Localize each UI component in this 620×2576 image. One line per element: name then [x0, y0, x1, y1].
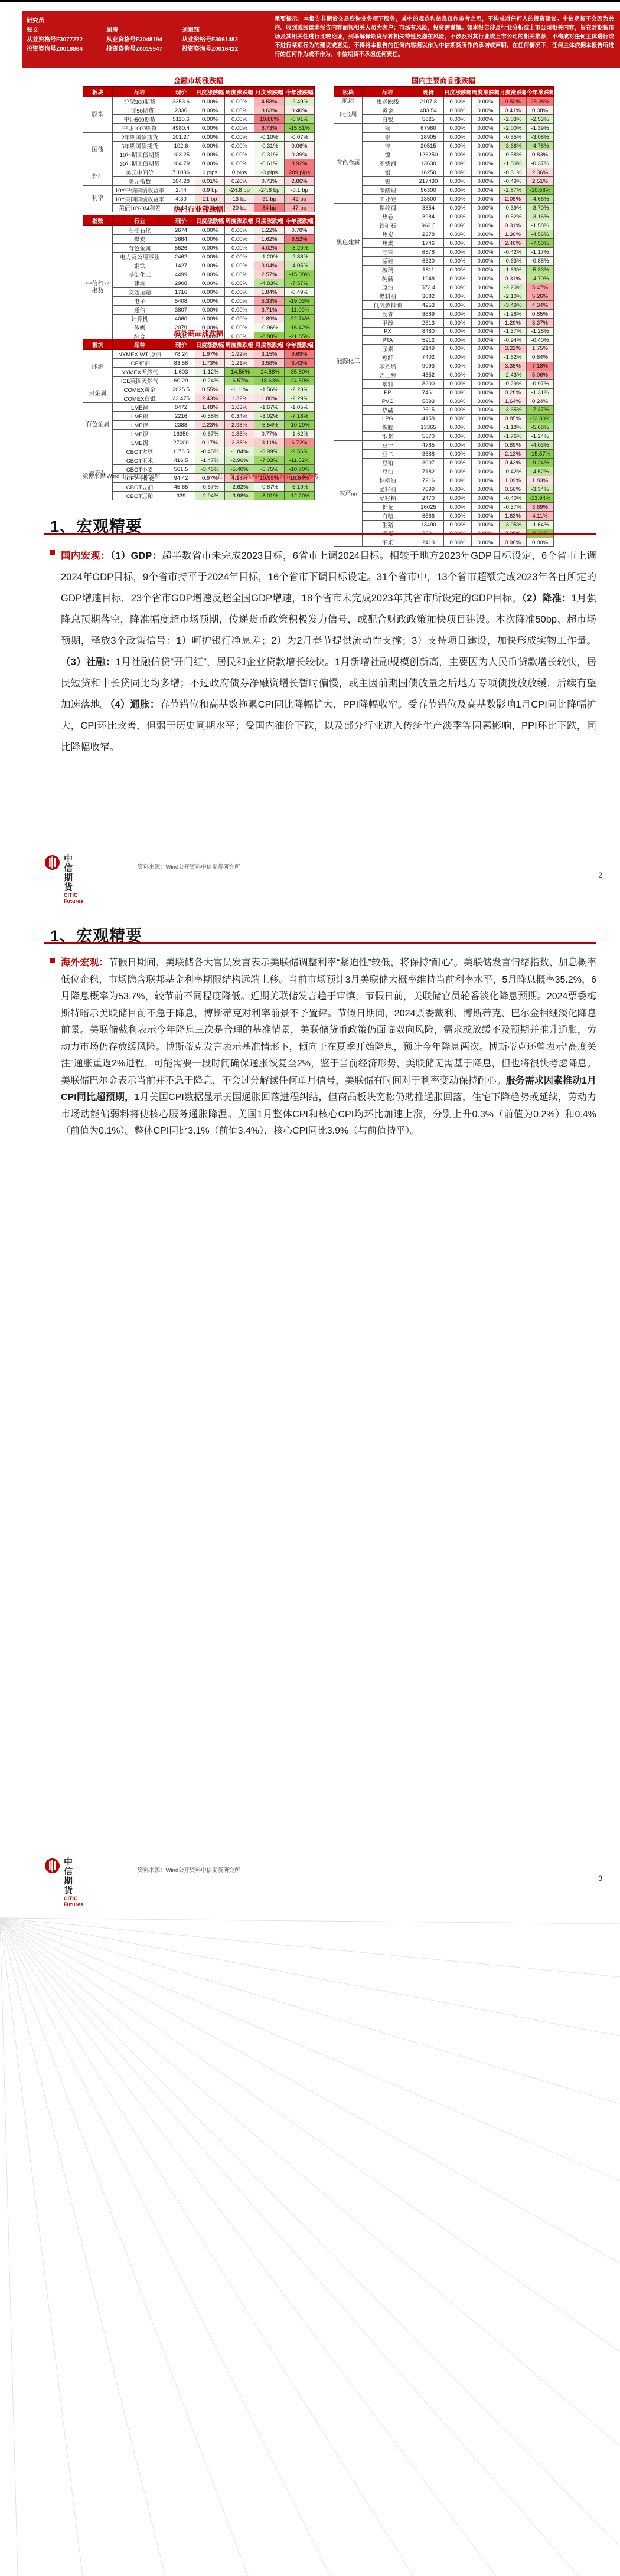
column-header: 月度涨跌幅	[254, 339, 285, 350]
change-value: 3.22%	[500, 344, 527, 353]
change-value: 0.00%	[472, 459, 500, 467]
instrument-name: 集运欧线	[363, 97, 413, 106]
change-value: -5.33%	[527, 266, 554, 274]
change-value: 0.00%	[472, 248, 500, 257]
change-value: 0.00%	[444, 230, 472, 239]
change-value: 7.18%	[527, 362, 554, 371]
change-value: 0.00%	[444, 221, 472, 230]
column-header: 指数	[83, 215, 113, 226]
price-value: 2336	[167, 106, 195, 115]
column-header: 现价	[167, 87, 195, 97]
change-value: -1.18%	[500, 423, 527, 432]
data-table: 板块品种现价日度涨跌幅周度涨跌幅月度涨跌幅今年涨跌幅股指沪深300期货3353.…	[83, 86, 315, 212]
price-value: 45.65	[167, 483, 195, 492]
change-value: 1.63%	[500, 512, 527, 521]
change-value: 0.00%	[444, 405, 472, 414]
change-value: 0.00%	[195, 315, 225, 323]
footer-source-note: 资料来源：Wind公开资料中信期货研究所	[138, 1865, 240, 1874]
overseas-macro-paragraph: 海外宏观：节假日期间，美联储各大官员发言表示美联储调整利率“紧迫性”较低，将保持…	[61, 955, 596, 1140]
instrument-name: 棉花	[363, 503, 413, 512]
column-header: 板块	[334, 87, 363, 97]
change-value: 0.00%	[225, 315, 254, 323]
researcher-qualification: 从业资格号F3048194	[106, 35, 162, 45]
change-value: -1.39%	[527, 124, 554, 133]
price-value: 8200	[413, 379, 444, 388]
price-value: 339	[167, 492, 195, 500]
change-value: -11.09%	[285, 306, 315, 315]
change-value: -19.03%	[285, 297, 315, 306]
change-value: 0.00%	[444, 168, 472, 177]
price-value: 83.58	[167, 359, 195, 368]
change-value: 0.00%	[472, 371, 500, 379]
change-value: 0.00%	[195, 270, 225, 279]
price-value: 13490	[413, 521, 444, 529]
change-value: -24.88%	[254, 368, 285, 377]
table-row: 上证50期货23360.00%0.00%3.63%0.40%	[83, 106, 315, 115]
change-value: -0.87%	[254, 483, 285, 492]
change-value: -3.65%	[500, 405, 527, 414]
change-value: 1.32%	[225, 394, 254, 403]
change-value: 0.00%	[225, 235, 254, 244]
instrument-name: 菜籽油	[363, 485, 413, 494]
instrument-name: 甲醇	[363, 319, 413, 328]
price-value: 2908	[167, 279, 195, 288]
table-row: 沥青36890.00%0.00%-1.28%0.85%	[334, 310, 554, 319]
change-value: 0.00%	[444, 310, 472, 319]
price-value: 483.54	[413, 106, 444, 115]
change-value: 0.00%	[444, 459, 472, 467]
change-value: 0.00%	[472, 177, 500, 186]
change-value: -0.49%	[500, 177, 527, 186]
change-value: 0.00%	[225, 133, 254, 142]
change-value: 0.00%	[195, 124, 225, 133]
change-value: -0.29%	[500, 379, 527, 388]
table-row: 中证500期货5110.60.00%0.00%10.88%-5.91%	[83, 115, 315, 124]
change-value: 0.00%	[472, 319, 500, 328]
change-value: 1.73%	[195, 359, 225, 368]
price-value: 7699	[413, 485, 444, 494]
change-value: 0.00%	[444, 106, 472, 115]
table-row: 通信38070.00%0.00%3.71%-11.09%	[83, 306, 315, 315]
change-value: 0.00%	[472, 485, 500, 494]
table-row: 锌205150.00%0.00%-3.66%-4.78%	[334, 142, 554, 150]
change-value: 8.92%	[285, 159, 315, 168]
price-value: 16350	[167, 430, 195, 438]
change-value: 0.00%	[444, 328, 472, 336]
change-value: -3.16%	[527, 212, 554, 221]
instrument-name: 菜籽粕	[363, 494, 413, 503]
change-value: 1.63%	[225, 403, 254, 412]
financial-markets-table: 金融市场涨跌幅 板块品种现价日度涨跌幅周度涨跌幅月度涨跌幅今年涨跌幅股指沪深30…	[83, 77, 314, 212]
table-row: 基础化工44990.00%0.00%2.57%-15.08%	[83, 270, 315, 279]
column-header: 日度涨跌幅	[195, 339, 225, 350]
change-value: -1.28%	[527, 328, 554, 336]
price-value: 6578	[413, 248, 444, 257]
change-value: -1.64%	[527, 521, 554, 529]
instrument-name: 苯乙烯	[363, 362, 413, 371]
price-value: 1746	[413, 239, 444, 248]
brand-name-cn: 中信期货	[64, 855, 83, 892]
change-value: -7.50%	[527, 239, 554, 248]
change-value: -3.99%	[254, 447, 285, 456]
table-title: 海外商品涨跌幅	[83, 329, 314, 338]
price-value: 2216	[167, 412, 195, 421]
change-value: 0.00%	[444, 397, 472, 405]
change-value: 5.06%	[527, 371, 554, 379]
price-value: 1173.5	[167, 447, 195, 456]
table-row: PVC58930.00%0.00%1.64%0.24%	[334, 397, 554, 405]
change-value: 0.85%	[527, 310, 554, 319]
table-row: 锰硅63200.00%0.00%-0.63%-0.88%	[334, 257, 554, 266]
change-value: 0.85%	[500, 414, 527, 423]
brand-lockup: 中信期货 CITIC Futures	[64, 855, 83, 904]
instrument-name: PP	[363, 388, 413, 397]
column-header: 板块	[83, 339, 113, 350]
change-value: 1.64%	[500, 397, 527, 405]
instrument-name: LME锌	[113, 421, 167, 430]
change-value: 0.00%	[195, 279, 225, 288]
overseas-lag-note: 注：海外涨跌幅可能存在滞后，仅供参考	[218, 472, 319, 480]
table-row: 铅162500.00%0.00%-0.31%2.36%	[334, 168, 554, 177]
table-row: 乙二醇46520.00%0.00%-2.43%5.06%	[334, 371, 554, 379]
instrument-name: 锡	[363, 177, 413, 186]
change-value: 1.29%	[500, 319, 527, 328]
change-value: 0.00%	[444, 485, 472, 494]
change-value: -14.56%	[225, 368, 254, 377]
price-value: 2513	[413, 319, 444, 328]
change-value: 0.31%	[500, 221, 527, 230]
change-value: 1.36%	[500, 230, 527, 239]
change-value: 0.00%	[444, 441, 472, 450]
change-value: 0.00%	[225, 279, 254, 288]
change-value: -1.37%	[500, 328, 527, 336]
price-value: 2378	[413, 230, 444, 239]
important-notice-text: 重要提示：本报告非期货交易咨询业务项下服务，其中的观点和信息仅作参考之用，不构成…	[275, 15, 614, 59]
section-divider	[44, 942, 596, 944]
change-value: 3.37%	[527, 319, 554, 328]
change-value: -4.05%	[285, 261, 315, 270]
column-header: 月度涨跌幅	[500, 87, 527, 97]
price-value: 104.28	[167, 177, 195, 186]
column-header: 今年涨跌幅	[285, 87, 315, 97]
change-value: -2.29%	[285, 394, 315, 403]
change-value: 0.00%	[444, 292, 472, 301]
table-row: 铁矿石963.50.00%0.00%0.31%-1.58%	[334, 221, 554, 230]
change-value: -4.52%	[527, 467, 554, 476]
change-value: 3.71%	[254, 306, 285, 315]
column-header: 品种	[113, 339, 167, 350]
column-header: 月度涨跌幅	[254, 215, 285, 226]
change-value: 5.26%	[527, 292, 554, 301]
change-value: -7.03%	[254, 456, 285, 465]
change-value: 0.00%	[225, 297, 254, 306]
change-value: -15.08%	[285, 270, 315, 279]
instrument-name: LME铜	[113, 403, 167, 412]
section-divider	[44, 533, 596, 535]
instrument-name: 电力及公用事业	[113, 253, 167, 261]
change-value: 0.00%	[444, 450, 472, 459]
price-value: 3807	[167, 306, 195, 315]
paragraph-run: （4）通胀：	[110, 699, 159, 710]
change-value: -0.1 bp	[285, 186, 315, 195]
change-value: 42 bp	[285, 195, 315, 204]
change-value: 0.00%	[472, 521, 500, 529]
change-value: 0.00%	[444, 432, 472, 441]
change-value: -4.78%	[527, 142, 554, 150]
price-value: 4499	[167, 270, 195, 279]
instrument-name: LME锡	[113, 438, 167, 447]
change-value: -1.47%	[195, 456, 225, 465]
change-value: 0.00%	[472, 467, 500, 476]
change-value: -15.57%	[527, 450, 554, 459]
change-value: -0.67%	[195, 483, 225, 492]
instrument-name: 交通运输	[113, 288, 167, 297]
change-value: 0.00%	[444, 353, 472, 362]
column-header: 行业	[113, 215, 167, 226]
instrument-name: LME镍	[113, 430, 167, 438]
instrument-name: 焦煤	[363, 239, 413, 248]
change-value: -2.53%	[527, 115, 554, 124]
change-value: 0.00%	[472, 133, 500, 142]
change-value: 2.36%	[527, 168, 554, 177]
instrument-name: PTA	[363, 336, 413, 344]
brand-name-cn: 中信期货	[64, 1858, 83, 1896]
change-value: 2.98%	[225, 421, 254, 430]
change-value: -1.67%	[254, 403, 285, 412]
instrument-name: COMEX黄金	[113, 385, 167, 394]
change-value: -2.20%	[500, 283, 527, 292]
change-value: 0.00%	[195, 106, 225, 115]
price-value: 4060	[167, 315, 195, 323]
change-value: 8.43%	[285, 359, 315, 368]
change-value: -8.01%	[254, 492, 285, 500]
table-title: 金融市场涨跌幅	[83, 77, 314, 85]
instrument-name: 2年期国债期货	[113, 133, 167, 142]
change-value: 0.9 bp	[195, 186, 225, 195]
table-title: 国内主要商品涨跌幅	[334, 77, 553, 85]
change-value: 0.00%	[472, 283, 500, 292]
column-header: 周度涨跌幅	[225, 339, 254, 350]
table-row: 钢铁14270.00%0.00%3.04%-4.05%	[83, 261, 315, 270]
change-value: 4.58%	[254, 97, 285, 106]
instrument-name: 锌	[363, 142, 413, 150]
change-value: 0.00%	[444, 239, 472, 248]
change-value: 0.77%	[254, 430, 285, 438]
table-row: 生猪134900.00%0.00%-3.05%-1.64%	[334, 521, 554, 529]
change-value: -1.12%	[195, 368, 225, 377]
price-value: 2107.8	[413, 97, 444, 106]
change-value: 0.00%	[444, 494, 472, 503]
change-value: 0.00%	[472, 494, 500, 503]
change-value: 0.00%	[472, 195, 500, 204]
table-row: 农产品CBOT大豆1173.5-0.45%-1.84%-3.99%-9.56%	[83, 447, 315, 456]
price-value: 1716	[167, 288, 195, 297]
change-value: 0.00%	[444, 159, 472, 168]
paragraph-run: （2）降准：	[522, 593, 572, 604]
change-value: 0.20%	[225, 177, 254, 186]
change-value: -0.37%	[527, 159, 554, 168]
instrument-name: 上证50期货	[113, 106, 167, 115]
change-value: -1.58%	[527, 221, 554, 230]
change-value: 0.00%	[444, 503, 472, 512]
change-value: 0.00%	[225, 270, 254, 279]
change-value: -13.94%	[527, 494, 554, 503]
change-value: -4.56%	[527, 230, 554, 239]
change-value: -0.31%	[254, 142, 285, 150]
change-value: 1.84%	[254, 288, 285, 297]
change-value: 2.57%	[254, 270, 285, 279]
change-value: 0.40%	[285, 106, 315, 115]
column-header: 月度涨跌幅	[254, 87, 285, 97]
table-row: 焦煤17460.00%0.00%2.46%-7.50%	[334, 239, 554, 248]
price-value: 27000	[167, 438, 195, 447]
instrument-name: NYMEX WTI原油	[113, 350, 167, 359]
price-value: 60.29	[167, 377, 195, 385]
change-value: 0.00%	[472, 106, 500, 115]
change-value: -9.24%	[527, 459, 554, 467]
change-value: 0.17%	[195, 438, 225, 447]
table-row: 交通运输17160.00%0.00%1.84%-0.49%	[83, 288, 315, 297]
paragraph-run: 海外宏观：	[61, 958, 109, 968]
change-value: -2.94%	[195, 492, 225, 500]
table-row: 短纤74020.00%0.00%-1.62%0.84%	[334, 353, 554, 362]
column-header: 品种	[113, 87, 167, 97]
change-value: -24.59%	[285, 377, 315, 385]
instrument-name: 纯碱	[363, 274, 413, 283]
paragraph-run: （3）社融：	[61, 657, 116, 667]
change-value: 0.00%	[195, 306, 225, 315]
change-value: 0.00%	[444, 124, 472, 133]
table-row: LME锡270000.17%2.38%3.11%6.72%	[83, 438, 315, 447]
change-value: 2.46%	[500, 239, 527, 248]
table-row: 锡2174300.00%0.00%-0.49%2.51%	[334, 177, 554, 186]
page-number: 3	[598, 1874, 602, 1883]
change-value: -3.08%	[527, 133, 554, 142]
change-value: 2.38%	[225, 438, 254, 447]
change-value: 0.00%	[225, 97, 254, 106]
column-header: 日度涨跌幅	[444, 87, 472, 97]
change-value: -12.20%	[285, 492, 315, 500]
table-row: LPG41580.00%0.00%0.85%-13.30%	[334, 414, 554, 423]
table-row: 煤炭36840.00%0.00%1.62%8.52%	[83, 235, 315, 244]
change-value: 5.33%	[254, 297, 285, 306]
table-row: 工业硅135000.00%0.00%2.08%-4.66%	[334, 195, 554, 204]
group-label: 能源化工	[334, 283, 363, 441]
change-value: 0.00%	[472, 266, 500, 274]
instrument-name: 镍	[363, 150, 413, 159]
group-label: 航运	[334, 97, 363, 106]
change-value: 13 bp	[225, 195, 254, 204]
instrument-name: CBOT豆油	[113, 483, 167, 492]
price-value: 103.25	[167, 150, 195, 159]
change-value: -0.39%	[500, 204, 527, 212]
group-label: 股指	[83, 97, 113, 133]
change-value: 1.85%	[225, 430, 254, 438]
change-value: -22.74%	[285, 315, 315, 323]
change-value: -0.24%	[195, 377, 225, 385]
price-value: 101.27	[167, 133, 195, 142]
change-value: 0.00%	[444, 283, 472, 292]
researcher-column: 研究员 张文 从业资格号F3077272 投资咨询号Z0018864	[27, 17, 83, 54]
table-row: 利率10Y中债国债收益率2.440.9 bp-24.8 bp-24.8 bp-0…	[83, 186, 315, 195]
column-header: 今年涨跌幅	[285, 339, 315, 350]
change-value: 3.11%	[254, 438, 285, 447]
table-row: 豆粕30070.00%0.00%0.43%-9.24%	[334, 459, 554, 467]
change-value: -24.8 bp	[254, 186, 285, 195]
table-row: 外汇美元中间价7.10360 pips0 pips-3 pips209 pips	[83, 168, 315, 177]
change-value: -2.49%	[285, 97, 315, 106]
table-row: LME镍16350-0.67%1.85%0.77%-1.62%	[83, 430, 315, 438]
change-value: -4.03%	[527, 441, 554, 450]
table-row: 纯碱19480.00%0.00%0.31%-4.70%	[334, 274, 554, 283]
group-label: 国债	[83, 133, 113, 168]
table-row: 白糖65660.00%0.00%1.63%4.11%	[334, 512, 554, 521]
change-value: 0.01%	[195, 177, 225, 186]
group-label: 贵金属	[83, 385, 113, 403]
change-value: 0.00%	[472, 503, 500, 512]
price-value: 5408	[167, 297, 195, 306]
table-row: 燃料油30820.00%0.00%-2.10%5.26%	[334, 292, 554, 301]
researcher-name: 张文	[27, 26, 83, 35]
change-value: -1.62%	[500, 353, 527, 362]
change-value: 2.13%	[500, 450, 527, 459]
price-value: 416.5	[167, 456, 195, 465]
table-row: 中证1000期货4980.40.00%0.00%6.73%-15.51%	[83, 124, 315, 133]
instrument-name: 5年期国债期货	[113, 142, 167, 150]
instrument-name: 豆二	[363, 450, 413, 459]
price-value: 18905	[413, 133, 444, 142]
price-value: 4785	[413, 441, 444, 450]
table-row: 白银58250.00%0.00%-2.03%-2.53%	[334, 115, 554, 124]
table-row: 美元指数104.280.01%0.20%0.73%2.86%	[83, 177, 315, 186]
instrument-name: CBOT玉米	[113, 456, 167, 465]
data-table: 板块品种现价日度涨跌幅周度涨跌幅月度涨跌幅今年涨跌幅航运集运欧线2107.80.…	[334, 86, 554, 547]
table-row: PX84800.00%0.00%-1.37%-1.28%	[334, 328, 554, 336]
column-header: 品种	[363, 87, 413, 97]
table-row: 30年期国债期货104.790.00%0.00%-0.61%8.92%	[83, 159, 315, 168]
change-value: 0.00%	[225, 150, 254, 159]
instrument-name: 尿素	[363, 344, 413, 353]
researcher-qualification: 从业资格号F3061482	[182, 35, 238, 45]
table-row: 橡胶133650.00%0.00%-1.18%-5.68%	[334, 423, 554, 432]
change-value: -1.63%	[500, 266, 527, 274]
change-value: 10.88%	[254, 115, 285, 124]
price-value: 3684	[167, 235, 195, 244]
change-value: -3.34%	[527, 485, 554, 494]
table-row: 5年期国债期货102.60.00%0.00%-0.31%0.06%	[83, 142, 315, 150]
change-value: 0.00%	[472, 388, 500, 397]
change-value: 0.00%	[195, 261, 225, 270]
instrument-name: 原油	[363, 283, 413, 292]
table-row: ICE英国天然气60.29-0.24%-6.57%-18.63%-24.59%	[83, 377, 315, 385]
change-value: -7.37%	[527, 405, 554, 414]
change-value: 0.00%	[472, 142, 500, 150]
change-value: 0.00%	[472, 186, 500, 195]
change-value: -2.88%	[285, 253, 315, 261]
table-row: 甲醇25130.00%0.00%1.29%3.37%	[334, 319, 554, 328]
bullet-marker-icon	[50, 550, 55, 555]
price-value: 3689	[413, 310, 444, 319]
change-value: 9.69%	[285, 350, 315, 359]
instrument-name: 热卷	[363, 212, 413, 221]
change-value: 0.00%	[444, 423, 472, 432]
change-value: -9.56%	[285, 447, 315, 456]
instrument-name: 铁矿石	[363, 221, 413, 230]
change-value: -0.31%	[254, 150, 285, 159]
price-value: 3984	[413, 212, 444, 221]
page-number: 2	[598, 871, 602, 879]
change-value: -1.05%	[285, 403, 315, 412]
